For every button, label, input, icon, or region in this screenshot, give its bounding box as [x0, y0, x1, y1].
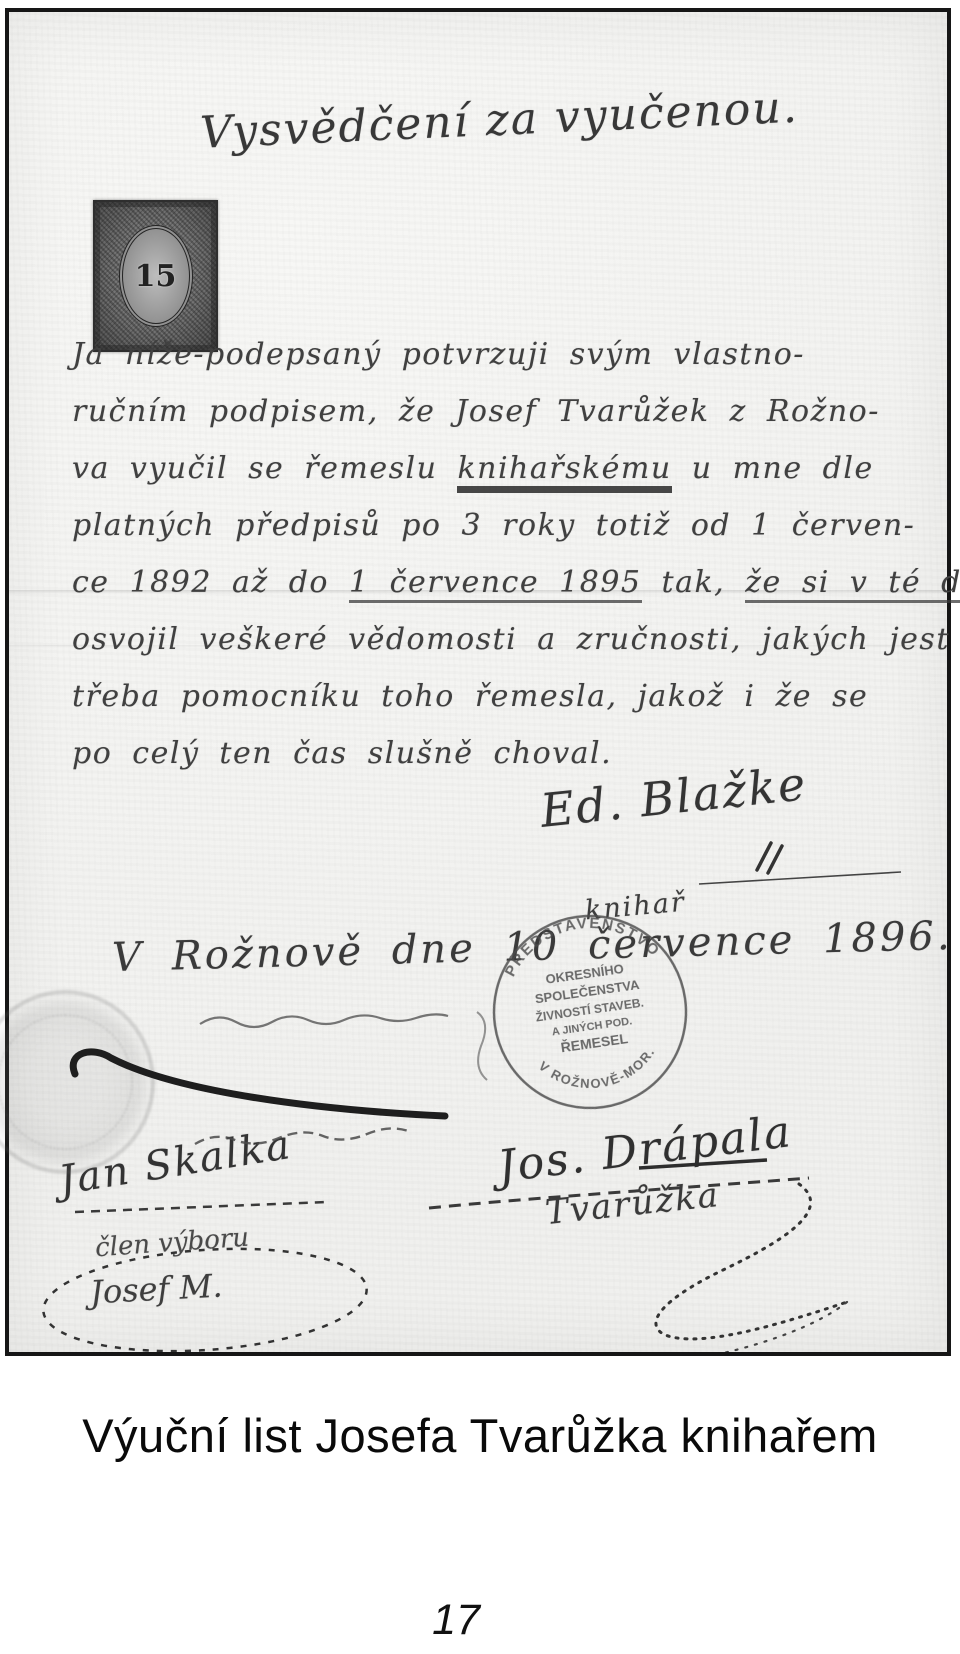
- revenue-stamp-value: 15: [135, 259, 177, 294]
- guild-round-stamp: PŘEDSTAVENSTVO V ROŽNOVĚ-MOR. OKRESNÍHO …: [475, 897, 705, 1127]
- scanned-certificate-photo: Vysvědčení za vyučenou. 15 Já níže-podep…: [5, 8, 951, 1356]
- certificate-body-line: ce 1892 až do 1 července 1895 tak, že si…: [72, 558, 902, 615]
- certificate-body-line: Já níže-podepsaný potvrzuji svým vlastno…: [72, 330, 902, 387]
- certificate-body-line: va vyučil se řemeslu knihařskému u mne d…: [72, 444, 902, 501]
- committee-signature-extra: Josef M.: [89, 1267, 223, 1312]
- certificate-body-line: osvojil veškeré vědomosti a zručnosti, j…: [72, 615, 902, 672]
- certificate-title: Vysvědčení za vyučenou.: [199, 84, 741, 159]
- certificate-body-line: platných předpisů po 3 roky totiž od 1 č…: [72, 501, 902, 558]
- photo-caption: Výuční list Josefa Tvarůžka knihařem: [0, 1408, 960, 1463]
- certificate-body-line: ručním podpisem, že Josef Tvarůžek z Rož…: [72, 387, 902, 444]
- certificate-body-line: třeba pomocníku toho řemesla, jakož i že…: [72, 672, 902, 729]
- certificate-body: Já níže-podepsaný potvrzuji svým vlastno…: [72, 330, 902, 786]
- committee-signature-role: člen výboru: [94, 1223, 250, 1264]
- page-number: 17: [0, 1596, 912, 1645]
- stamp-arc-bottom-text: V ROŽNOVĚ-MOR.: [534, 1043, 662, 1099]
- svg-text:V ROŽNOVĚ-MOR.: V ROŽNOVĚ-MOR.: [534, 1043, 662, 1099]
- revenue-stamp-oval: 15: [119, 225, 193, 327]
- certificate-body-line: po celý ten čas slušně choval.: [72, 729, 902, 786]
